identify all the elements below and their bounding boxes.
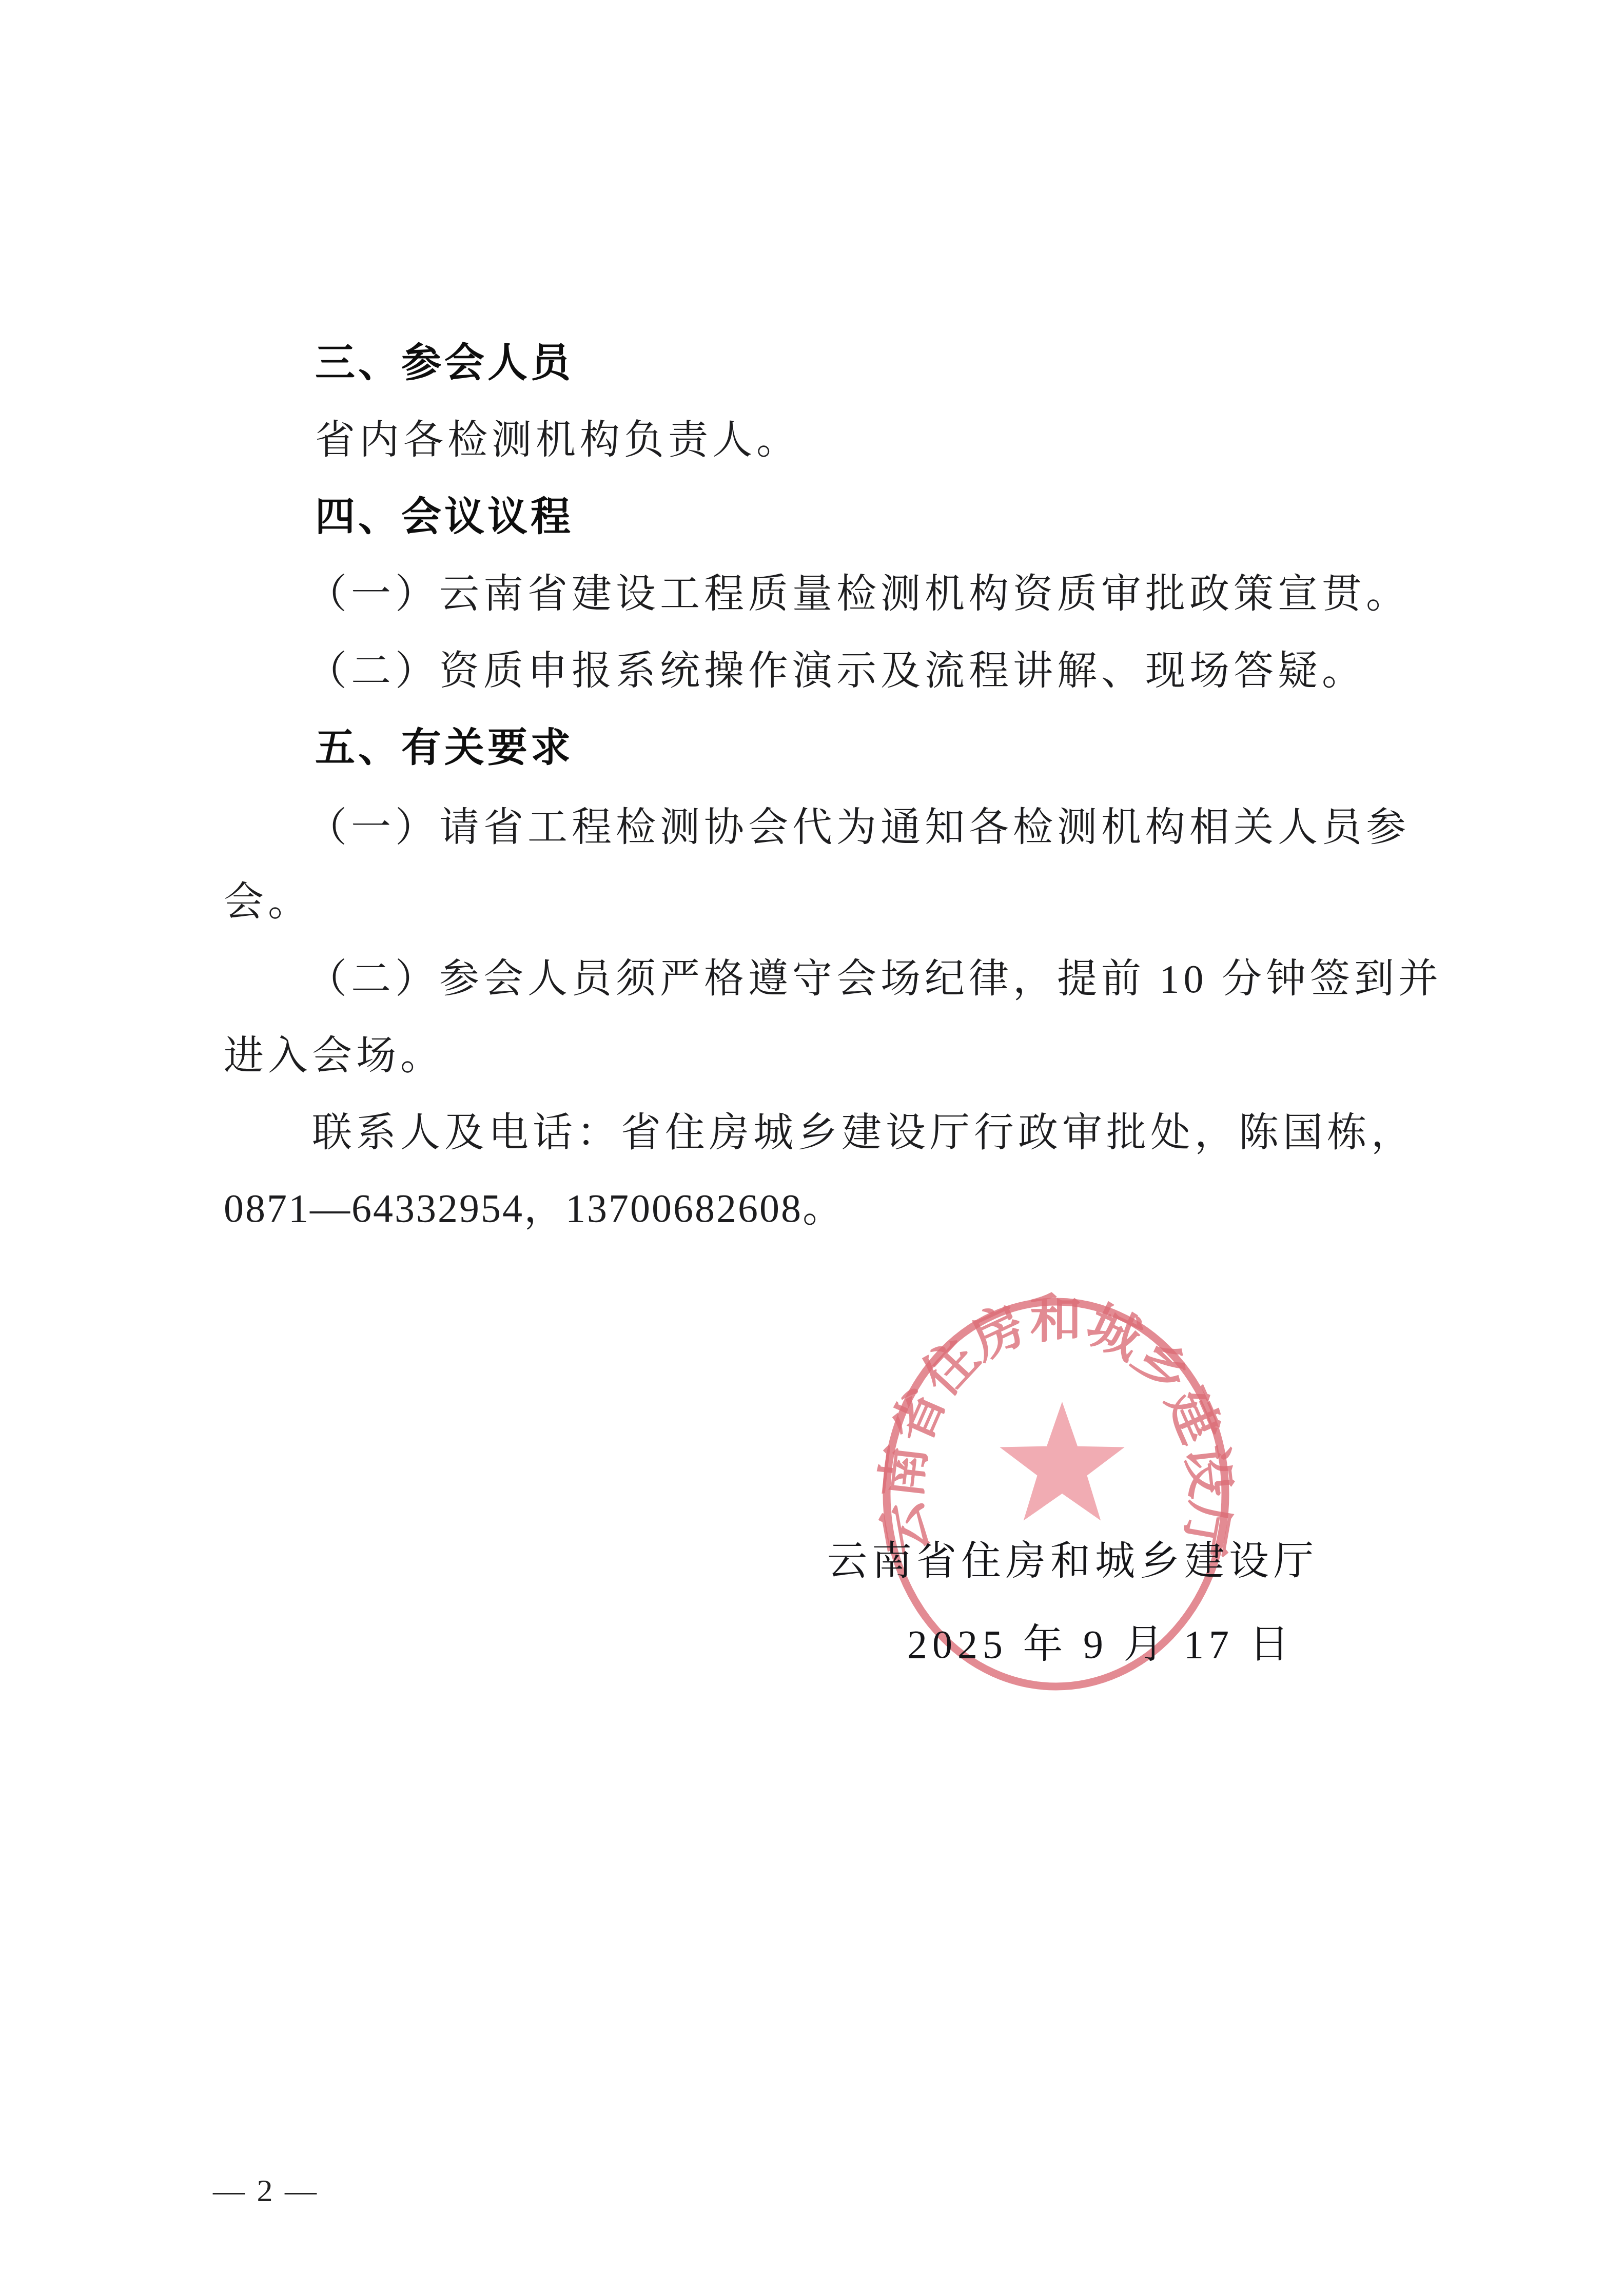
agenda-item-1: （一）云南省建设工程质量检测机构资质审批政策宣贯。 — [307, 571, 1410, 617]
document-page: 三、参会人员 省内各检测机构负责人。 四、会议议程 （一）云南省建设工程质量检测… — [0, 0, 1624, 2294]
signature-date: 2025 年 9 月 17 日 — [907, 1612, 1295, 1670]
star-icon — [1000, 1402, 1124, 1521]
requirement-1b: 会。 — [224, 879, 312, 925]
heading-section-5: 五、有关要求 — [315, 725, 574, 771]
contact-line-1: 联系人及电话：省住房城乡建设厅行政审批处，陈国栋， — [312, 1110, 1415, 1156]
heading-section-3: 三、参会人员 — [315, 340, 574, 386]
requirement-2b: 进入会场。 — [224, 1033, 444, 1079]
requirement-2a: （二）参会人员须严格遵守会场纪律，提前 10 分钟签到并 — [307, 956, 1442, 1002]
requirement-1a: （一）请省工程检测协会代为通知各检测机构相关人员参 — [307, 805, 1410, 851]
para-attendees: 省内各检测机构负责人。 — [315, 417, 800, 463]
heading-section-4: 四、会议议程 — [315, 494, 574, 540]
page-number: — 2 — — [213, 2173, 319, 2209]
signature-agency: 云南省住房和城乡建设厅 — [827, 1529, 1318, 1586]
agenda-item-2: （二）资质申报系统操作演示及流程讲解、现场答疑。 — [307, 648, 1366, 694]
contact-line-2: 0871—64332954，13700682608。 — [224, 1185, 844, 1231]
